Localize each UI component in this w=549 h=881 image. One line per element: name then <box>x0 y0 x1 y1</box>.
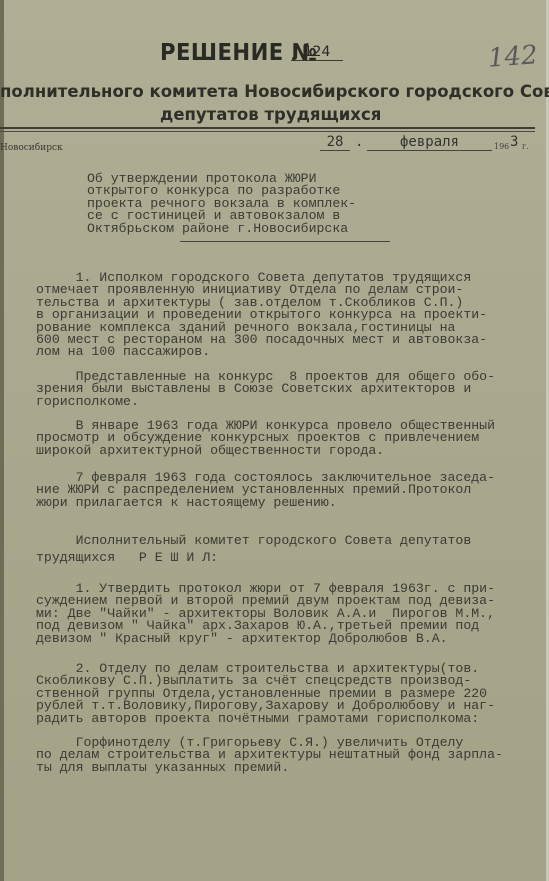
date-day: 28 <box>320 134 350 151</box>
date-year-suffix: г. <box>522 142 529 151</box>
resolution-item-1: 1. Утвердить протокол жюри от 7 февраля … <box>36 583 495 645</box>
page-left-edge <box>0 0 4 881</box>
resolution-item-3: Горфинотделу (т.Григорьеву С.Я.) увеличи… <box>36 737 503 774</box>
date-month: февраля <box>367 134 492 151</box>
issuing-body-line1: полнительного комитета Новосибирского го… <box>0 82 549 101</box>
handwritten-page-number: 142 <box>487 40 539 73</box>
resolution-item-2: 2. Отделу по делам строительства и архит… <box>36 663 495 725</box>
subject-underline <box>180 241 390 242</box>
issuing-body-line2: депутатов трудящихся <box>160 105 381 124</box>
paragraph-1: 1. Исполком городского Совета депутатов … <box>36 272 487 359</box>
paragraph-4: 7 февраля 1963 года состоялось заключите… <box>36 472 495 509</box>
decision-number: 124 <box>291 44 343 61</box>
date-year-prefix: 196 <box>494 142 509 151</box>
date-separator: . <box>355 134 363 150</box>
header-rule-thick <box>0 127 535 129</box>
date-year-digit: 3 <box>510 134 518 150</box>
paragraph-3: В январе 1963 года ЖЮРИ конкурса провело… <box>36 420 495 457</box>
paragraph-2: Представленные на конкурс 8 проектов для… <box>36 371 495 408</box>
header-rule-thin <box>0 131 535 132</box>
subject-block: Об утверждении протокола ЖЮРИ открытого … <box>87 173 356 235</box>
resolution-preamble: Исполнительный комитет городского Совета… <box>36 532 471 566</box>
city-label: Новосибирск <box>0 143 63 153</box>
document-page: РЕШЕНИЕ № 124 142 полнительного комитета… <box>0 0 549 881</box>
